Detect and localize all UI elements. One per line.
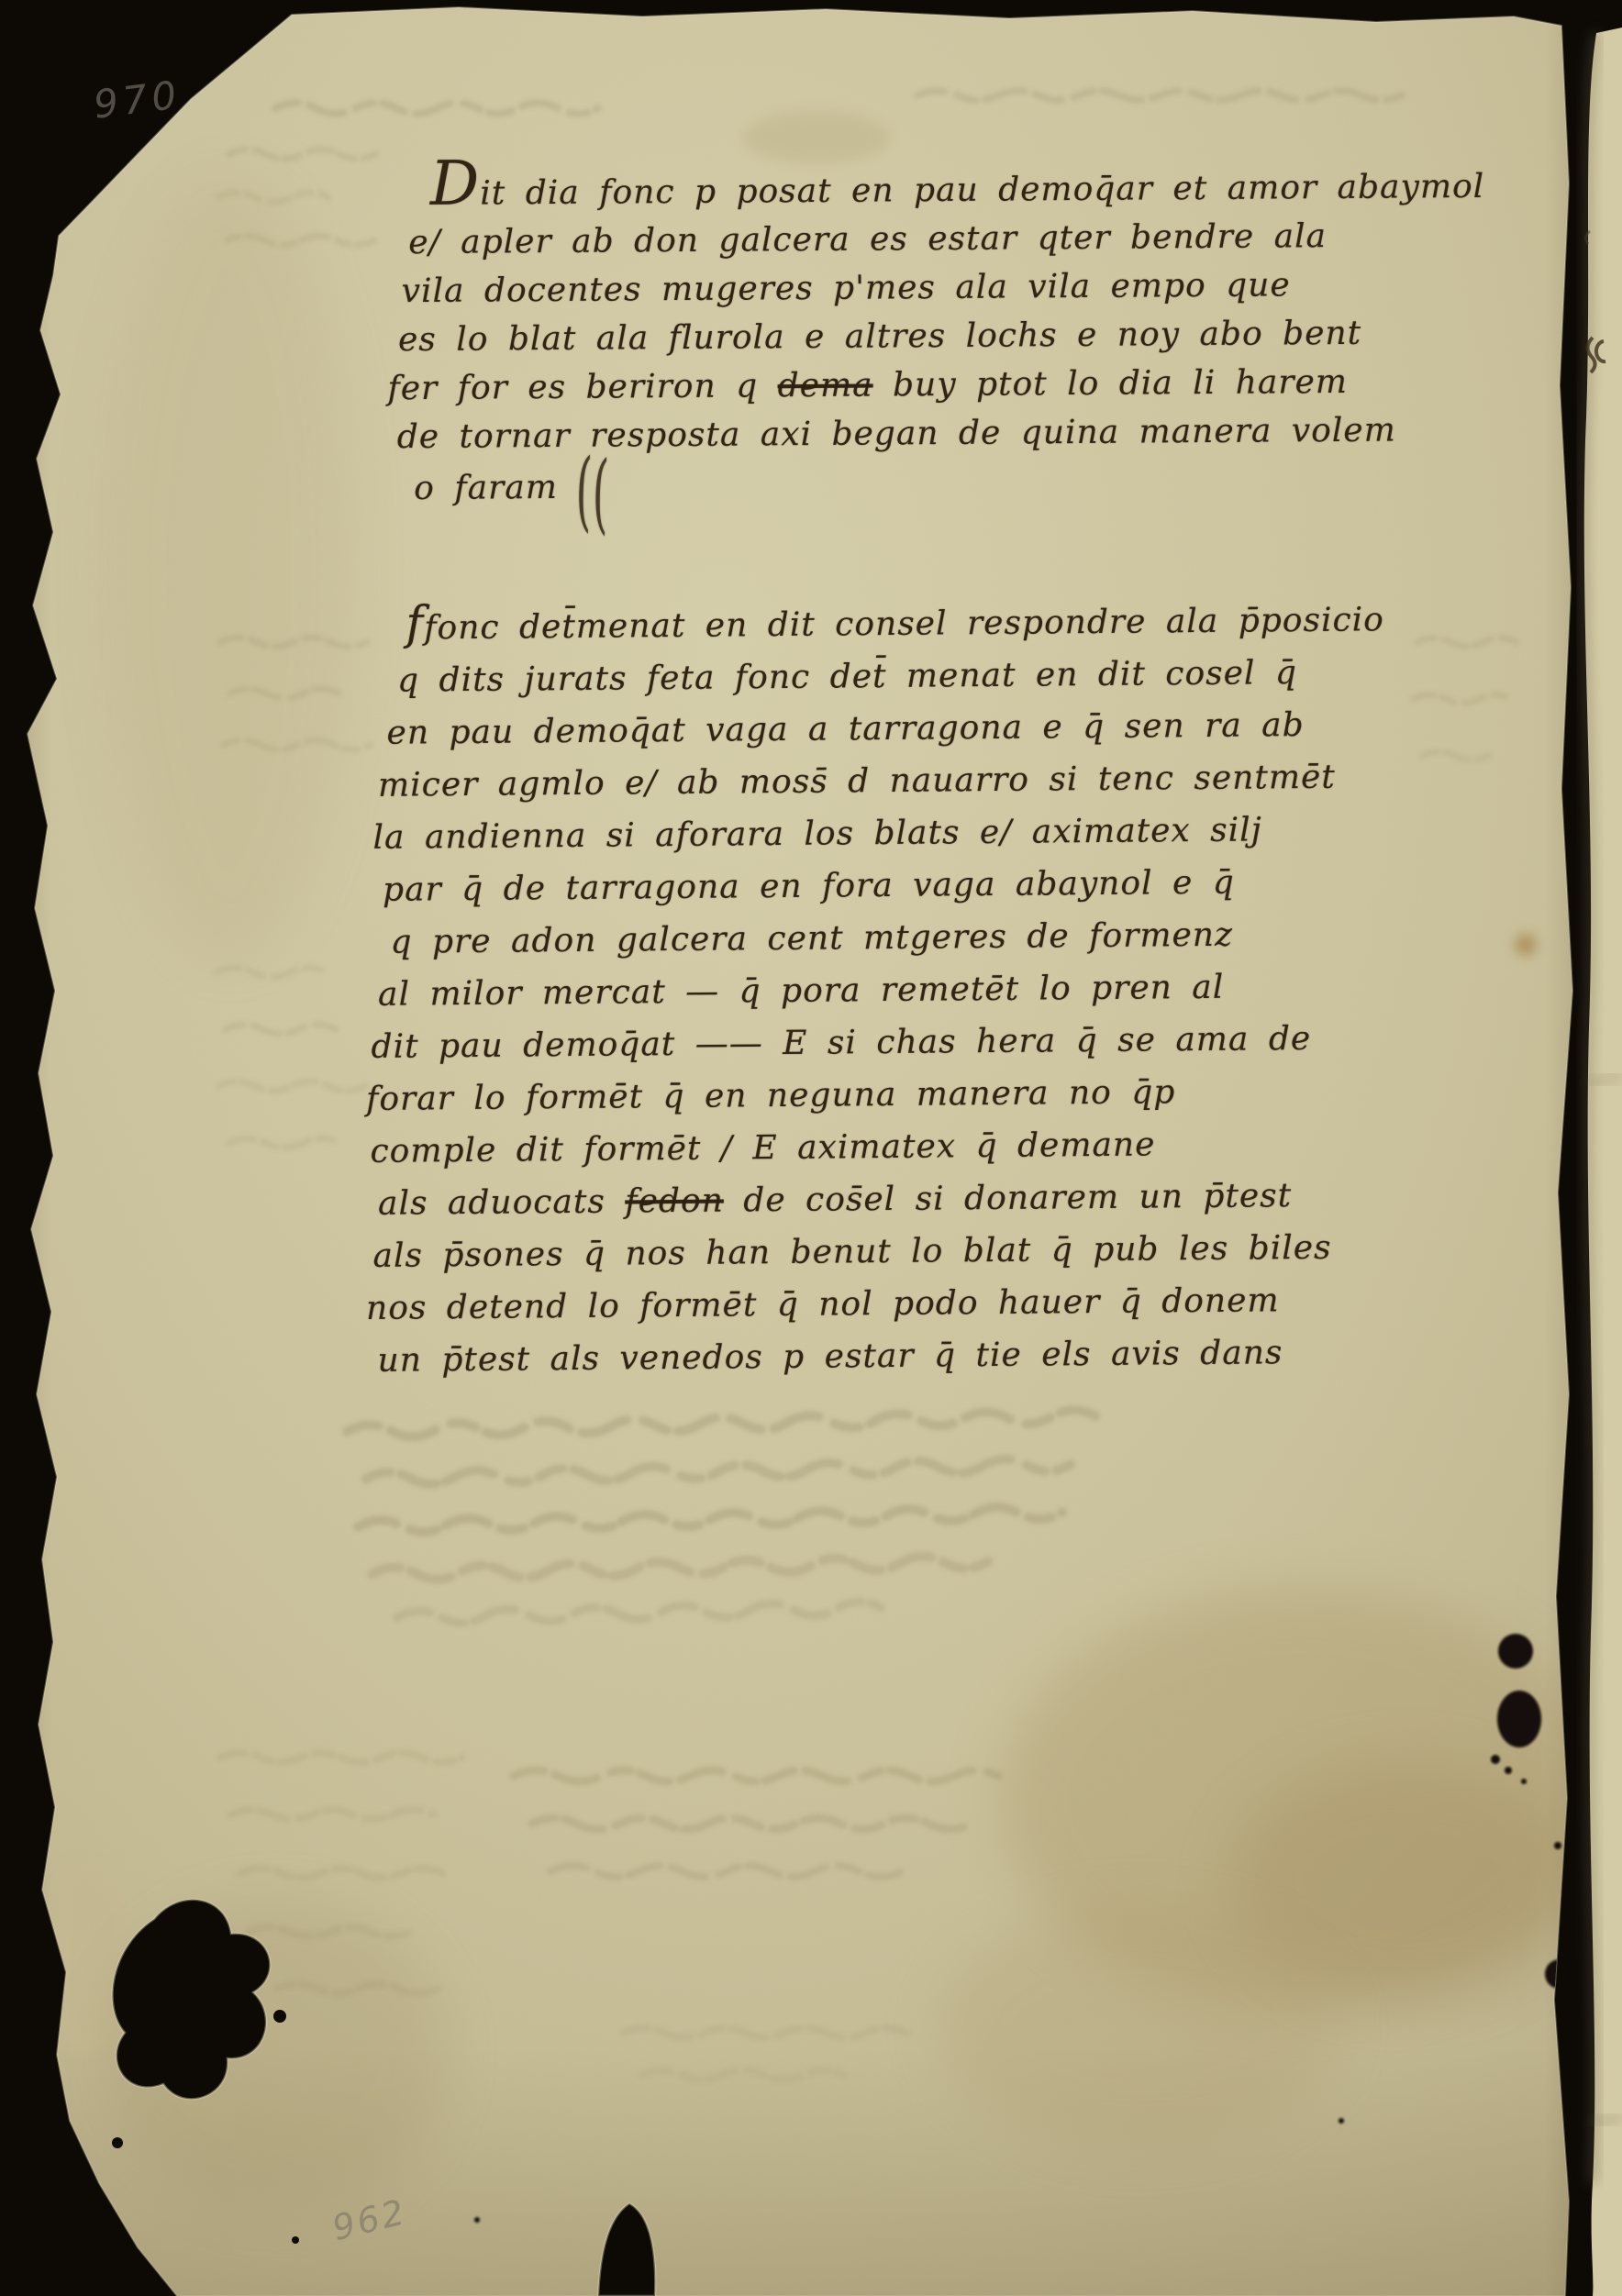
manuscript-line: fer for es beriron q dema buy ptot lo di…: [387, 357, 1486, 413]
struck-word: dema: [777, 367, 872, 405]
line-text: de cos̄el si donarem un p̄test: [724, 1177, 1293, 1219]
manuscript-line: dit pau demoq̄at —— E si chas hera q̄ se…: [371, 1012, 1388, 1073]
manuscript-line: en pau demoq̄at vaga a tarragona e q̄ se…: [386, 698, 1385, 759]
manuscript-photo: 970 962 Dit dia fonc p posat en pau demo…: [0, 0, 1622, 2296]
manuscript-line: par q̄ de tarragona en fora vaga abaynol…: [383, 855, 1387, 916]
manuscript-line: ffonc det̄menat en dit consel respondre …: [405, 588, 1384, 654]
manuscript-line: als p̄sones q̄ nos han benut lo blat q̄ …: [372, 1221, 1390, 1282]
manuscript-line: de tornar resposta axi began de quina ma…: [397, 405, 1487, 461]
line-text: als aduocats: [378, 1182, 626, 1222]
line-text: o faram: [414, 469, 558, 507]
manuscript-line: q pre adon galcera cent mtgeres de forme…: [390, 907, 1387, 968]
manuscript-line: la andienna si aforara los blats e/ axim…: [372, 803, 1386, 864]
manuscript-line: micer agmlo e/ ab moss̄ d nauarro si ten…: [378, 750, 1386, 812]
manuscript-line: o faram((: [414, 454, 1487, 513]
manuscript-paragraph-2: ffonc det̄menat en dit consel respondre …: [382, 588, 1391, 1386]
next-folio-edge: [1584, 28, 1622, 2296]
line-text: dit pau demoq̄at —— E si chas hera q̄ se…: [371, 1020, 1311, 1066]
manuscript-paragraph-1: Dit dia fonc p posat en pau demoq̄ar et …: [399, 152, 1487, 513]
manuscript-line: es lo blat ala flurola e altres lochs e …: [398, 308, 1486, 364]
manuscript-line: vila docentes mugeres p'mes ala vila emp…: [401, 260, 1485, 316]
manuscript-line: Dit dia fonc p posat en pau demoq̄ar et …: [430, 152, 1485, 218]
manuscript-line: comple dit formēt / E aximatex q̄ demane: [370, 1116, 1389, 1178]
line-text: buy ptot lo dia li harem: [872, 363, 1348, 405]
manuscript-line: q dits jurats feta fonc det̄ menat en di…: [397, 646, 1385, 706]
manuscript-line: al milor mercat — q̄ pora remetēt lo pre…: [378, 959, 1388, 1021]
line-text: fer for es beriron q: [387, 367, 778, 407]
manuscript-line: forar lo formēt q̄ en neguna manera no q…: [366, 1064, 1389, 1126]
manuscript-line: e/ apler ab don galcera es estar qter be…: [408, 211, 1485, 267]
scribal-flourish: ((: [574, 438, 610, 547]
manuscript-line: un p̄test als venedos p estar q̄ tie els…: [377, 1325, 1391, 1387]
struck-word: fedon: [625, 1182, 724, 1221]
manuscript-line: nos detend lo formēt q̄ nol podo hauer q…: [366, 1273, 1391, 1335]
manuscript-line: als aduocats fedon de cos̄el si donarem …: [378, 1169, 1390, 1230]
